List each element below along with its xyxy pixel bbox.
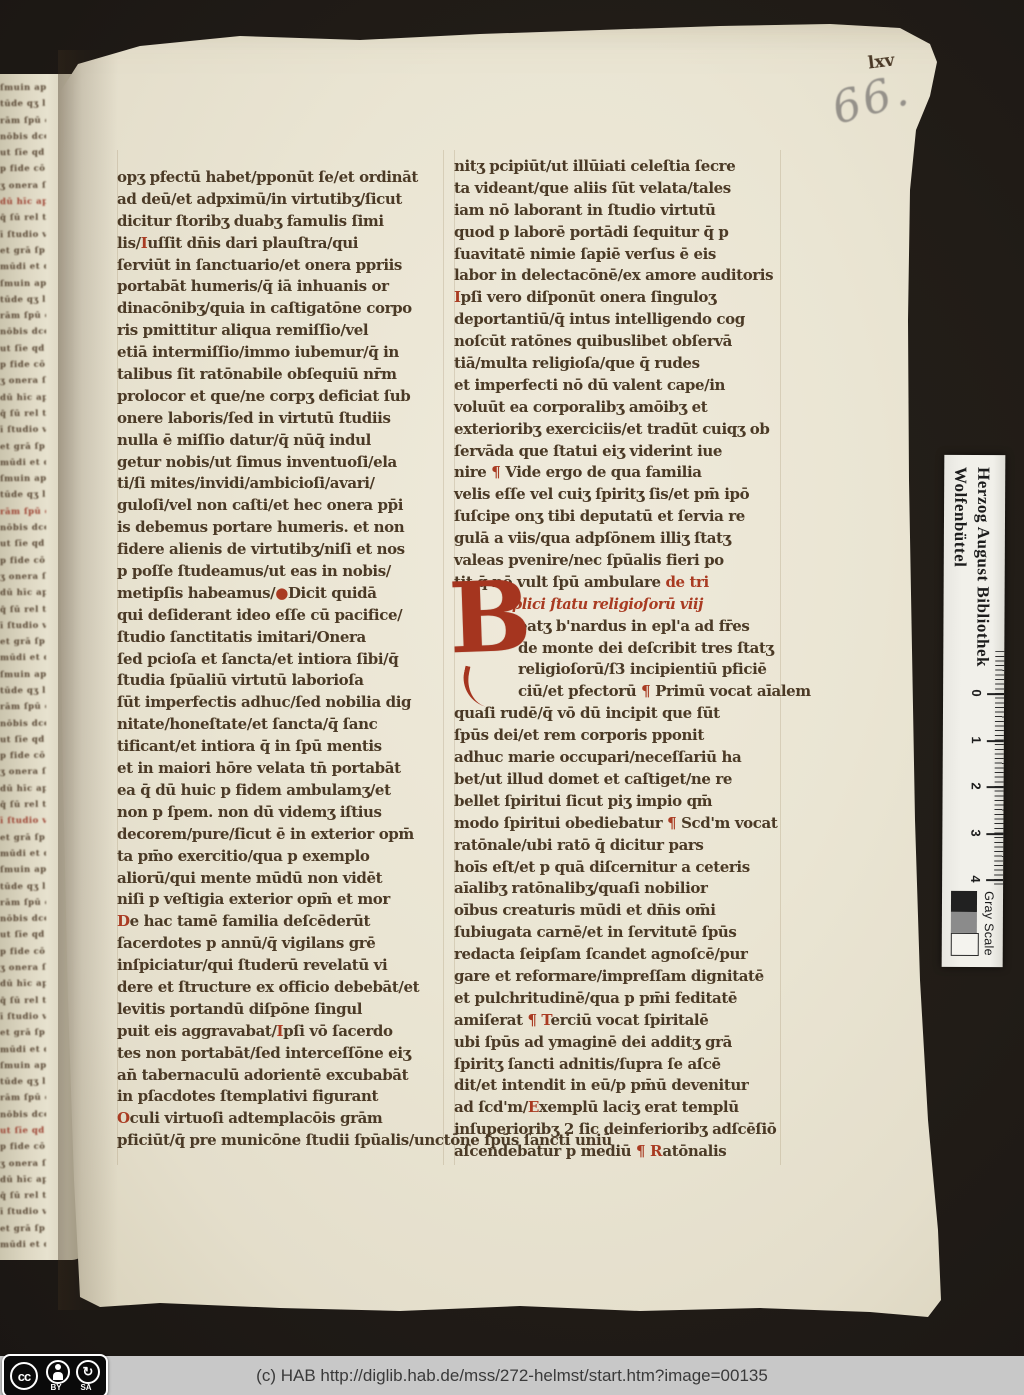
manuscript-line: dere et ſtructure ex officio debebāt/et bbox=[117, 977, 612, 999]
ink-text: ta videant/que aliis ſūt velata/tales bbox=[454, 179, 731, 197]
manuscript-line: pficiūt/q̄ pre municōne ſtudii ſpūalis/u… bbox=[117, 1130, 612, 1152]
ink-text: ratōnale/ubi ratō q̄ dicitur pars bbox=[454, 836, 703, 854]
facing-page-line: p fide cō et grā ſp bbox=[0, 943, 46, 960]
manuscript-line: p poſſe ſtudeamus/ut eas in nobis/ bbox=[117, 561, 612, 583]
facing-page-line: q̄ ſū rel tūde qʒ lo bbox=[0, 1188, 46, 1205]
ink-text: prolocor et que/ne corpʒ deficiat ſub bbox=[117, 387, 410, 405]
ink-text: getur nobis/ut ſimus inventuoſi/ela bbox=[117, 453, 397, 471]
rubricated-text: D bbox=[117, 912, 130, 930]
manuscript-line: gulā a viis/qua adpſōnem illiʒ ſtatʒ bbox=[454, 528, 811, 550]
ink-text: puit eis aggravabat/ bbox=[117, 1022, 277, 1040]
rubricated-text: E bbox=[528, 1098, 539, 1116]
facing-page-line: rām ſpū et dū hīc ap bbox=[0, 1090, 46, 1107]
centimeter-ruler: 01234 bbox=[942, 651, 1004, 891]
manuscript-page: opʒ pfectū habet/pponūt ſe/et ordinātad … bbox=[0, 0, 1024, 1395]
cc-by-label: BY bbox=[46, 1383, 66, 1392]
ink-text: quod p laborē portādi ſequitur q̄ p bbox=[454, 223, 729, 241]
manuscript-line: getur nobis/ut ſimus inventuoſi/ela bbox=[117, 452, 612, 474]
ink-text: aliorū/qui mente mūdū non vidēt bbox=[117, 869, 382, 887]
manuscript-line: dit/et intendit in eū/p pm̄ū devenitur bbox=[454, 1075, 811, 1097]
manuscript-line: ti/ſi mites/invidi/ambicioſi/avari/ bbox=[117, 473, 612, 495]
manuscript-line: tes non portabāt/ſed interceſſōne eiʒ bbox=[117, 1043, 612, 1065]
ruling-line-left-margin bbox=[117, 150, 118, 1165]
illuminated-initial-B: B bbox=[448, 575, 533, 660]
ink-text: ſuſcipe onʒ tibi deputatū et ſervia re bbox=[454, 507, 745, 525]
facing-page-line: ʒ onera ſt mūdi et d bbox=[0, 960, 46, 977]
ink-text: velis eſſe vel cuiʒ ſpiritʒ ſis/et pm̄ i… bbox=[454, 485, 749, 503]
facing-page-line: ī ſtudio v rām ſpū et bbox=[0, 422, 46, 439]
rubricated-text: plici ſtatu religioſorū viij bbox=[512, 596, 703, 613]
facing-page-line: mūdi et d ut ſīe qd bbox=[0, 846, 46, 863]
grayscale-label: Gray Scale bbox=[982, 891, 996, 957]
ink-text: dere et ſtructure ex officio debebāt/et bbox=[117, 978, 419, 996]
manuscript-line: quaſi rudē/q̄ vō dū incipit que ſūt bbox=[454, 703, 811, 725]
manuscript-line: dicitur ſtoribʒ duabʒ famulis ſimi bbox=[117, 211, 612, 233]
manuscript-line: dinacōnibʒ/quia in caſtigatōne corpo bbox=[117, 298, 612, 320]
manuscript-line: portabāt humeris/q̄ iā inhuanis or bbox=[117, 276, 612, 298]
scale-reference-strip: Herzog August Bibliothek Wolfenbüttel 01… bbox=[942, 455, 1006, 967]
facing-page-line: ī ſtudio v rām ſpū et bbox=[0, 813, 46, 830]
facing-page-line: et grā ſp nōbis dce bbox=[0, 1025, 46, 1042]
ink-text: voluūt ea corporalibʒ amōibʒ et bbox=[454, 398, 707, 416]
ink-text: tificant/et intiora q̄ in ſpū mentis bbox=[117, 737, 382, 755]
ink-text: amiſerat bbox=[454, 1011, 527, 1029]
ink-text: non p ſpem. non dū videmʒ iſtius bbox=[117, 803, 382, 821]
manuscript-line: labor in delectacōnē/ex amore auditoris bbox=[454, 265, 811, 287]
ink-text: ubi ſpūs ad ymaginē dei additʒ grā bbox=[454, 1033, 732, 1051]
facing-page-line: ſmuin apʒ p fide cō bbox=[0, 1058, 46, 1075]
manuscript-line: ſpūs dei/et rem corporis pponit bbox=[454, 725, 811, 747]
ink-text: inſuperioribʒ 2 ſic deinferioribʒ adſcēſ… bbox=[454, 1120, 776, 1138]
rubricated-text: I bbox=[277, 1022, 284, 1040]
ink-text: ta pm̄o exercitio/qua p exemplo bbox=[117, 847, 369, 865]
facing-page-line: ʒ onera ſt mūdi et d bbox=[0, 178, 46, 195]
facing-page-line: nōbis dce q̄ ſū rel bbox=[0, 715, 46, 732]
ink-text: ſpūs dei/et rem corporis pponit bbox=[454, 726, 704, 744]
ink-text: levitis portandū diſpōne ſingul bbox=[117, 1000, 362, 1018]
ink-text: noſcūt ratōnes quibuslibet obſervā bbox=[454, 332, 732, 350]
ink-text: modo ſpiritui obediebatur bbox=[454, 814, 667, 832]
facing-page-line: q̄ ſū rel tūde qʒ lo bbox=[0, 406, 46, 423]
rubricated-text: ¶ R bbox=[636, 1142, 662, 1160]
ink-text: gulā a viis/qua adpſōnem illiʒ ſtatʒ bbox=[454, 529, 731, 547]
ink-text: guloſi/vel non caſti/et hec onera pp̄i bbox=[117, 496, 403, 514]
ink-text: dinacōnibʒ/quia in caſtigatōne corpo bbox=[117, 299, 412, 317]
ink-text: decorem/pure/ſicut ē in exterior opm̄ bbox=[117, 825, 414, 843]
manuscript-line: prolocor et que/ne corpʒ deficiat ſub bbox=[117, 386, 612, 408]
ink-text: Scd'm vocat bbox=[676, 814, 777, 832]
manuscript-line: ciū/et pfectorū ¶ Primū vocat aīalem bbox=[454, 681, 811, 703]
manuscript-line: bet/ut illud domet et caſtiget/ne re bbox=[454, 769, 811, 791]
facing-page-line: tūde qʒ lo ʒ onera ſt bbox=[0, 1074, 46, 1091]
manuscript-line: velis eſſe vel cuiʒ ſpiritʒ ſis/et pm̄ i… bbox=[454, 484, 811, 506]
facing-page-line: ut ſīe qd ī ſtudio v bbox=[0, 1123, 46, 1140]
ink-text: ris pmittitur aliqua remiſſio/vel bbox=[117, 321, 368, 339]
library-name-line2: Wolfenbüttel bbox=[951, 467, 971, 568]
digitized-manuscript-viewer: ſmuin apʒ p fide cōtūde qʒ lo ʒ onera ſt… bbox=[0, 0, 1024, 1395]
facing-page-line: rām ſpū et dū hīc ap bbox=[0, 699, 46, 716]
manuscript-line: talibus ſit ratōnabile obſequiū nr̄m bbox=[117, 364, 612, 386]
manuscript-line: ta pm̄o exercitio/qua p exemplo bbox=[117, 846, 612, 868]
manuscript-line: ta videant/que aliis ſūt velata/tales bbox=[454, 178, 811, 200]
facing-page-line: ſmuin apʒ p fide cō bbox=[0, 80, 46, 97]
facing-page-line: nōbis dce q̄ ſū rel bbox=[0, 324, 46, 341]
manuscript-line: in pſacdotes ſtemplativi figurant bbox=[117, 1086, 612, 1108]
ink-text: uſſit dn̄is dari plauſtra/qui bbox=[147, 234, 358, 252]
ink-text: labor in delectacōnē/ex amore auditoris bbox=[454, 266, 773, 284]
ink-text: et in maiori hōre velata tn̄ portabāt bbox=[117, 759, 401, 777]
ink-text: metipſis habeamus/ bbox=[117, 584, 275, 602]
ink-text: deportantiū/q̄ intus intelligendo cog bbox=[454, 310, 745, 328]
facing-page-line: ʒ onera ſt mūdi et d bbox=[0, 569, 46, 586]
ink-text: aſcendebatur p mediū bbox=[454, 1142, 636, 1160]
ink-text: qui deſiderant ideo eſſe cū pacifice/ bbox=[117, 606, 402, 624]
grayscale-swatch bbox=[951, 891, 977, 912]
manuscript-line: noſcūt ratōnes quibuslibet obſervā bbox=[454, 331, 811, 353]
ink-text: oībus creaturis mūdi et dn̄is om̄i bbox=[454, 901, 716, 919]
facing-page-line: ī ſtudio v rām ſpū et bbox=[0, 226, 46, 243]
rubricated-text: ¶ T bbox=[527, 1011, 550, 1029]
copyright-url-text[interactable]: (c) HAB http://diglib.hab.de/mss/272-hel… bbox=[0, 1356, 1024, 1395]
facing-page-line: p fide cō et grā ſp bbox=[0, 161, 46, 178]
rubricated-text: ● bbox=[275, 584, 288, 602]
ink-text: opʒ pfectū habet/pponūt ſe/et ordināt bbox=[117, 168, 418, 186]
facing-page-line: ʒ onera ſt mūdi et d bbox=[0, 1155, 46, 1172]
ink-text: adhuc marie occupari/neceſſariū ha bbox=[454, 748, 741, 766]
facing-page-line: et grā ſp nōbis dce bbox=[0, 438, 46, 455]
facing-page-line: tūde qʒ lo ʒ onera ſt bbox=[0, 683, 46, 700]
facing-page-line: dū hīc ap ſmuin apʒ bbox=[0, 585, 46, 602]
ink-text: ſuavitatē nimie ſapiē verſus ē eis bbox=[454, 245, 716, 263]
ink-text: fidere alienis de virtutibʒ/niſi et nos bbox=[117, 540, 405, 558]
manuscript-line: iam nō laborant in ſtudio virtutū bbox=[454, 200, 811, 222]
facing-page-line: rām ſpū et dū hīc ap bbox=[0, 503, 46, 520]
manuscript-line: et pulchritudinē/qua p pm̄i feditatē bbox=[454, 988, 811, 1010]
manuscript-line: opʒ pfectū habet/pponūt ſe/et ordināt bbox=[117, 167, 612, 189]
manuscript-line: aliorū/qui mente mūdū non vidēt bbox=[117, 868, 612, 890]
facing-page-text-bleed: ſmuin apʒ p fide cōtūde qʒ lo ʒ onera ſt… bbox=[0, 80, 46, 1252]
ink-text: et pulchritudinē/qua p pm̄i feditatē bbox=[454, 989, 737, 1007]
ink-text: ad deū/et adpximū/in virtutibʒ/ſicut bbox=[117, 190, 402, 208]
manuscript-line: onere laboris/ſed in virtutū ſtudiis bbox=[117, 408, 612, 430]
cc-sa-label: SA bbox=[76, 1383, 96, 1392]
ink-text: tiā/multa religioſa/que q̄ rudes bbox=[454, 354, 700, 372]
ink-text: ſtudia ſpūaliū virtutū laborioſa bbox=[117, 671, 364, 689]
rubricated-text: de tri bbox=[665, 573, 708, 591]
ink-text: pſi vero diſponūt onera ſinguloʒ bbox=[461, 288, 717, 306]
rubricated-text: O bbox=[117, 1109, 130, 1127]
ink-text: ſūt imperfectis adhuc/ſed nobilia dig bbox=[117, 693, 411, 711]
manuscript-line: nitate/honeſtate/et ſancta/q̄ ſanc bbox=[117, 714, 612, 736]
cc-license-badge[interactable]: cc ↻ BY SA bbox=[2, 1354, 108, 1395]
facing-page-line: ſmuin apʒ p fide cō bbox=[0, 862, 46, 879]
manuscript-line: ſpiritʒ ſancti adnitis/ſupra ſe aſcē bbox=[454, 1054, 811, 1076]
ink-text: xemplū laciʒ erat templū bbox=[539, 1098, 739, 1116]
facing-page-line: et grā ſp nōbis dce bbox=[0, 829, 46, 846]
ink-text: Vide ergo de qua familia bbox=[500, 463, 701, 481]
manuscript-line: ſerviūt in ſanctuario/et onera ppriis bbox=[117, 255, 612, 277]
manuscript-line: decorem/pure/ſicut ē in exterior opm̄ bbox=[117, 824, 612, 846]
manuscript-line: ea q̄ dū huic p fidem ambulamʒ/et bbox=[117, 780, 612, 802]
manuscript-line: inſuperioribʒ 2 ſic deinferioribʒ adſcēſ… bbox=[454, 1119, 811, 1141]
facing-page-line: mūdi et d ut ſīe qd bbox=[0, 259, 46, 276]
facing-page-line: et grā ſp nōbis dce bbox=[0, 243, 46, 260]
ink-text: religioſorū/ſ3 incipientiū pficiē bbox=[518, 660, 767, 678]
manuscript-line: aīalibʒ ratōnalibʒ/quaſi nobilior bbox=[454, 878, 811, 900]
ink-text: ciū/et pfectorū bbox=[518, 682, 641, 700]
grayscale-swatch bbox=[951, 933, 979, 956]
millimeter-ticks bbox=[994, 651, 1004, 888]
facing-page-line: ſmuin apʒ p fide cō bbox=[0, 471, 46, 488]
centimeter-tick bbox=[986, 879, 1003, 881]
ink-text: ſed pcioſa et ſancta/et intiora ſibi/q̄ bbox=[117, 650, 398, 668]
ruler-number: 0 bbox=[970, 686, 984, 700]
facing-page-line: p fide cō et grā ſp bbox=[0, 1139, 46, 1156]
centimeter-tick bbox=[986, 833, 1003, 835]
manuscript-line: modo ſpiritui obediebatur ¶ Scd'm vocat bbox=[454, 813, 811, 835]
facing-page-line: ut ſīe qd ī ſtudio v bbox=[0, 927, 46, 944]
manuscript-line: non p ſpem. non dū videmʒ iſtius bbox=[117, 802, 612, 824]
facing-page-line: p fide cō et grā ſp bbox=[0, 357, 46, 374]
manuscript-line: ſuſcipe onʒ tibi deputatū et ſervia re bbox=[454, 506, 811, 528]
facing-page-line: ut ſīe qd ī ſtudio v bbox=[0, 732, 46, 749]
ruling-line-intercolumn-1 bbox=[443, 150, 444, 1165]
ink-text: pſi vō ſacerdo bbox=[283, 1022, 392, 1040]
manuscript-line: De hac tamē familia deſcēderūt bbox=[117, 911, 612, 933]
ink-text: is debemus portare humeris. et non bbox=[117, 518, 404, 536]
footer-bar: (c) HAB http://diglib.hab.de/mss/272-hel… bbox=[0, 1356, 1024, 1395]
centimeter-tick bbox=[987, 786, 1004, 788]
ink-text: exterioribʒ exerciciis/et tradūt cuiqʒ o… bbox=[454, 420, 769, 438]
grayscale-swatch bbox=[951, 912, 977, 933]
ink-text: an̄ tabernaculū adorientē excubabāt bbox=[117, 1066, 408, 1084]
manuscript-line: etiā intermiſſio/immo iubemur/q̄ in bbox=[117, 342, 612, 364]
rubricated-text: ¶ bbox=[667, 814, 676, 832]
centimeter-tick bbox=[987, 693, 1004, 695]
facing-page-line: dū hīc ap ſmuin apʒ bbox=[0, 1172, 46, 1189]
manuscript-line: nire ¶ Vide ergo de qua familia bbox=[454, 462, 811, 484]
ink-text: ſervāda que ſtatui eiʒ viderint iue bbox=[454, 442, 722, 460]
manuscript-line: ſtudia ſpūaliū virtutū laborioſa bbox=[117, 670, 612, 692]
facing-page-line: q̄ ſū rel tūde qʒ lo bbox=[0, 797, 46, 814]
facing-page-line: ʒ onera ſt mūdi et d bbox=[0, 373, 46, 390]
ink-text: talibus ſit ratōnabile obſequiū nr̄m bbox=[117, 365, 397, 383]
ink-text: Dicit quidā bbox=[288, 584, 377, 602]
ink-text: ea q̄ dū huic p fidem ambulamʒ/et bbox=[117, 781, 391, 799]
facing-page-line: rām ſpū et dū hīc ap bbox=[0, 112, 46, 129]
manuscript-line: quod p laborē portādi ſequitur q̄ p bbox=[454, 222, 811, 244]
ink-text: p poſſe ſtudeamus/ut eas in nobis/ bbox=[117, 562, 391, 580]
ink-text: tes non portabāt/ſed interceſſōne eiʒ bbox=[117, 1044, 411, 1062]
rubricated-text: ¶ bbox=[641, 682, 650, 700]
manuscript-line: voluūt ea corporalibʒ amōibʒ et bbox=[454, 397, 811, 419]
ink-text: ad ſcd'm/ bbox=[454, 1098, 528, 1116]
facing-page-line: rām ſpū et dū hīc ap bbox=[0, 308, 46, 325]
facing-page-line: tūde qʒ lo ʒ onera ſt bbox=[0, 878, 46, 895]
manuscript-line: puit eis aggravabat/Ipſi vō ſacerdo bbox=[117, 1021, 612, 1043]
facing-page-line: mūdi et d ut ſīe qd bbox=[0, 1237, 46, 1252]
facing-page-line: p fide cō et grā ſp bbox=[0, 748, 46, 765]
ink-text: bet/ut illud domet et caſtiget/ne re bbox=[454, 770, 732, 788]
manuscript-line: adhuc marie occupari/neceſſariū ha bbox=[454, 747, 811, 769]
ink-text: nire bbox=[454, 463, 491, 481]
manuscript-line: et imperfecti nō dū valent cape/in bbox=[454, 375, 811, 397]
manuscript-line: ſacerdotes p annū/q̄ vigilans grē bbox=[117, 933, 612, 955]
ink-text: redacta ſeipſam ſcandet agnoſcē/pur bbox=[454, 945, 748, 963]
manuscript-line: niſi p veſtigia exterior opm̄ et mor bbox=[117, 889, 612, 911]
rubricated-text: I bbox=[141, 234, 148, 252]
ruler-number: 3 bbox=[969, 825, 983, 839]
manuscript-line: ad ſcd'm/Exemplū laciʒ erat templū bbox=[454, 1097, 811, 1119]
ink-text: nitʒ pcipiūt/ut illūiati celeſtia ſecre bbox=[454, 157, 735, 175]
facing-page-line: nōbis dce q̄ ſū rel bbox=[0, 911, 46, 928]
facing-page-line: dū hīc ap ſmuin apʒ bbox=[0, 976, 46, 993]
facing-page-line: nōbis dce q̄ ſū rel bbox=[0, 1106, 46, 1123]
manuscript-line: ubi ſpūs ad ymaginē dei additʒ grā bbox=[454, 1032, 811, 1054]
cc-icon: cc bbox=[10, 1362, 38, 1390]
facing-page-line: q̄ ſū rel tūde qʒ lo bbox=[0, 210, 46, 227]
facing-page-line: rām ſpū et dū hīc ap bbox=[0, 895, 46, 912]
ink-text: eatʒ b'nardus in epl'a ad fr̄es bbox=[518, 617, 749, 635]
ink-text: onere laboris/ſed in virtutū ſtudiis bbox=[117, 409, 391, 427]
manuscript-line: fidere alienis de virtutibʒ/niſi et nos bbox=[117, 539, 612, 561]
manuscript-line: Ipſi vero diſponūt onera ſinguloʒ bbox=[454, 287, 811, 309]
manuscript-line: hoīs eſt/et p quā diſcernitur a ceteris bbox=[454, 857, 811, 879]
ink-text: portabāt humeris/q̄ iā inhuanis or bbox=[117, 277, 389, 295]
ink-text: niſi p veſtigia exterior opm̄ et mor bbox=[117, 890, 390, 908]
manuscript-line: deportantiū/q̄ intus intelligendo cog bbox=[454, 309, 811, 331]
facing-page-line: nōbis dce q̄ ſū rel bbox=[0, 520, 46, 537]
ink-text: atōnalis bbox=[662, 1142, 726, 1160]
manuscript-line: bellet ſpiritui ſicut piʒ impio qm̄ bbox=[454, 791, 811, 813]
facing-page-line: ī ſtudio v rām ſpū et bbox=[0, 618, 46, 635]
rubricated-text: I bbox=[454, 288, 461, 306]
folio-number-pencil: 66. bbox=[827, 64, 917, 135]
ink-text: dit/et intendit in eū/p pm̄ū devenitur bbox=[454, 1076, 748, 1094]
manuscript-line: nulla ē miſſio datur/q̄ nūq̄ indul bbox=[117, 430, 612, 452]
manuscript-line: ſuavitatē nimie ſapiē verſus ē eis bbox=[454, 244, 811, 266]
ruler-number: 4 bbox=[969, 872, 983, 886]
facing-page-line: mūdi et d ut ſīe qd bbox=[0, 1041, 46, 1058]
manuscript-line: guloſi/vel non caſti/et hec onera pp̄i bbox=[117, 495, 612, 517]
ink-text: et imperfecti nō dū valent cape/in bbox=[454, 376, 725, 394]
ink-text: e hac tamē familia deſcēderūt bbox=[130, 912, 370, 930]
ruler-number: 2 bbox=[970, 779, 984, 793]
ink-text: ſtudio ſanctitatis imitari/Onera bbox=[117, 628, 366, 646]
ink-text: ſubiugata carnē/et in ſervitutē ſpūs bbox=[454, 923, 736, 941]
facing-page-line: ī ſtudio v rām ſpū et bbox=[0, 1009, 46, 1026]
manuscript-line: an̄ tabernaculū adorientē excubabāt bbox=[117, 1065, 612, 1087]
manuscript-line: exterioribʒ exerciciis/et tradūt cuiqʒ o… bbox=[454, 419, 811, 441]
ink-text: gare et reformare/impreſſam dignitatē bbox=[454, 967, 764, 985]
library-name-line1: Herzog August Bibliothek bbox=[973, 467, 993, 667]
ink-text: lis/ bbox=[117, 234, 141, 252]
facing-page-line: ī ſtudio v rām ſpū et bbox=[0, 1204, 46, 1221]
facing-page-line: dū hīc ap ſmuin apʒ bbox=[0, 781, 46, 798]
facing-page-line: q̄ ſū rel tūde qʒ lo bbox=[0, 992, 46, 1009]
manuscript-line: inſpiciatur/qui ſtuderū revelatū vi bbox=[117, 955, 612, 977]
ruler-number: 1 bbox=[970, 732, 984, 746]
manuscript-line: qui deſiderant ideo eſſe cū pacifice/ bbox=[117, 605, 612, 627]
ink-text: inſpiciatur/qui ſtuderū revelatū vi bbox=[117, 956, 387, 974]
centimeter-tick bbox=[987, 740, 1004, 742]
manuscript-line: tiā/multa religioſa/que q̄ rudes bbox=[454, 353, 811, 375]
manuscript-line: ſūt imperfectis adhuc/ſed nobilia dig bbox=[117, 692, 612, 714]
ink-text: ſacerdotes p annū/q̄ vigilans grē bbox=[117, 934, 375, 952]
ink-text: erciū vocat ſpiritalē bbox=[550, 1011, 708, 1029]
facing-page-line: mūdi et d ut ſīe qd bbox=[0, 650, 46, 667]
manuscript-line: ſervāda que ſtatui eiʒ viderint iue bbox=[454, 441, 811, 463]
facing-page-line: tūde qʒ lo ʒ onera ſt bbox=[0, 292, 46, 309]
facing-page-line: et grā ſp nōbis dce bbox=[0, 634, 46, 651]
text-column-left: opʒ pfectū habet/pponūt ſe/et ordinātad … bbox=[117, 167, 612, 1152]
facing-page-line: tūde qʒ lo ʒ onera ſt bbox=[0, 96, 46, 113]
facing-page-line: ut ſīe qd ī ſtudio v bbox=[0, 341, 46, 358]
manuscript-line: levitis portandū diſpōne ſingul bbox=[117, 999, 612, 1021]
ink-text: nitate/honeſtate/et ſancta/q̄ ſanc bbox=[117, 715, 377, 733]
ink-text: bellet ſpiritui ſicut piʒ impio qm̄ bbox=[454, 792, 712, 810]
facing-page-line: ſmuin apʒ p fide cō bbox=[0, 666, 46, 683]
facing-page-line: dū hīc ap ſmuin apʒ bbox=[0, 194, 46, 211]
facing-page-line: et grā ſp nōbis dce bbox=[0, 1221, 46, 1238]
facing-page-line: tūde qʒ lo ʒ onera ſt bbox=[0, 487, 46, 504]
facing-page-line: mūdi et d ut ſīe qd bbox=[0, 455, 46, 472]
manuscript-line: Oculi virtuoſi adtemplacōis grām bbox=[117, 1108, 612, 1130]
ink-text: hoīs eſt/et p quā diſcernitur a ceteris bbox=[454, 858, 750, 876]
ink-text: pficiūt/q̄ pre municōne ſtudii ſpūalis/u… bbox=[117, 1131, 612, 1149]
manuscript-line: gare et reformare/impreſſam dignitatē bbox=[454, 966, 811, 988]
ruling-line-right-margin bbox=[780, 150, 781, 1165]
manuscript-line: is debemus portare humeris. et non bbox=[117, 517, 612, 539]
ink-text: de monte dei deſcribit tres ſtatʒ bbox=[518, 639, 774, 657]
ink-text: ti/ſi mites/invidi/ambicioſi/avari/ bbox=[117, 474, 375, 492]
facing-page-line: ut ſīe qd ī ſtudio v bbox=[0, 536, 46, 553]
facing-page-line: nōbis dce q̄ ſū rel bbox=[0, 129, 46, 146]
ink-text: iam nō laborant in ſtudio virtutū bbox=[454, 201, 716, 219]
manuscript-line: aſcendebatur p mediū ¶ Ratōnalis bbox=[454, 1141, 811, 1163]
manuscript-line: ſubiugata carnē/et in ſervitutē ſpūs bbox=[454, 922, 811, 944]
ink-text: culi virtuoſi adtemplacōis grām bbox=[130, 1109, 383, 1127]
ink-text: ſpiritʒ ſancti adnitis/ſupra ſe aſcē bbox=[454, 1055, 721, 1073]
manuscript-line: ad deū/et adpximū/in virtutibʒ/ſicut bbox=[117, 189, 612, 211]
ink-text: Primū vocat aīalem bbox=[650, 682, 810, 700]
facing-page-line: q̄ ſū rel tūde qʒ lo bbox=[0, 601, 46, 618]
grayscale-patches bbox=[951, 891, 979, 956]
manuscript-line: ris pmittitur aliqua remiſſio/vel bbox=[117, 320, 612, 342]
manuscript-line: ſed pcioſa et ſancta/et intiora ſibi/q̄ bbox=[117, 649, 612, 671]
ink-text: ſerviūt in ſanctuario/et onera ppriis bbox=[117, 256, 402, 274]
ink-text: nulla ē miſſio datur/q̄ nūq̄ indul bbox=[117, 431, 371, 449]
manuscript-line: ſtudio ſanctitatis imitari/Onera bbox=[117, 627, 612, 649]
rubricated-text: ¶ bbox=[491, 463, 500, 481]
facing-page-line: ʒ onera ſt mūdi et d bbox=[0, 764, 46, 781]
manuscript-line: lis/Iuſſit dn̄is dari plauſtra/qui bbox=[117, 233, 612, 255]
ink-text: etiā intermiſſio/immo iubemur/q̄ in bbox=[117, 343, 399, 361]
ink-text: dicitur ſtoribʒ duabʒ famulis ſimi bbox=[117, 212, 384, 230]
facing-page-line: ſmuin apʒ p fide cō bbox=[0, 275, 46, 292]
manuscript-line: oībus creaturis mūdi et dn̄is om̄i bbox=[454, 900, 811, 922]
manuscript-line: redacta ſeipſam ſcandet agnoſcē/pur bbox=[454, 944, 811, 966]
share-alike-icon: ↻ bbox=[76, 1360, 100, 1384]
facing-page-line: dū hīc ap ſmuin apʒ bbox=[0, 389, 46, 406]
manuscript-line: metipſis habeamus/●Dicit quidā bbox=[117, 583, 612, 605]
attribution-person-icon bbox=[46, 1360, 70, 1384]
facing-page-line: ut ſīe qd ī ſtudio v bbox=[0, 145, 46, 162]
ink-text: in pſacdotes ſtemplativi figurant bbox=[117, 1087, 378, 1105]
manuscript-line: et in maiori hōre velata tn̄ portabāt bbox=[117, 758, 612, 780]
manuscript-line: tificant/et intiora q̄ in ſpū mentis bbox=[117, 736, 612, 758]
manuscript-line: amiſerat ¶ Terciū vocat ſpiritalē bbox=[454, 1010, 811, 1032]
